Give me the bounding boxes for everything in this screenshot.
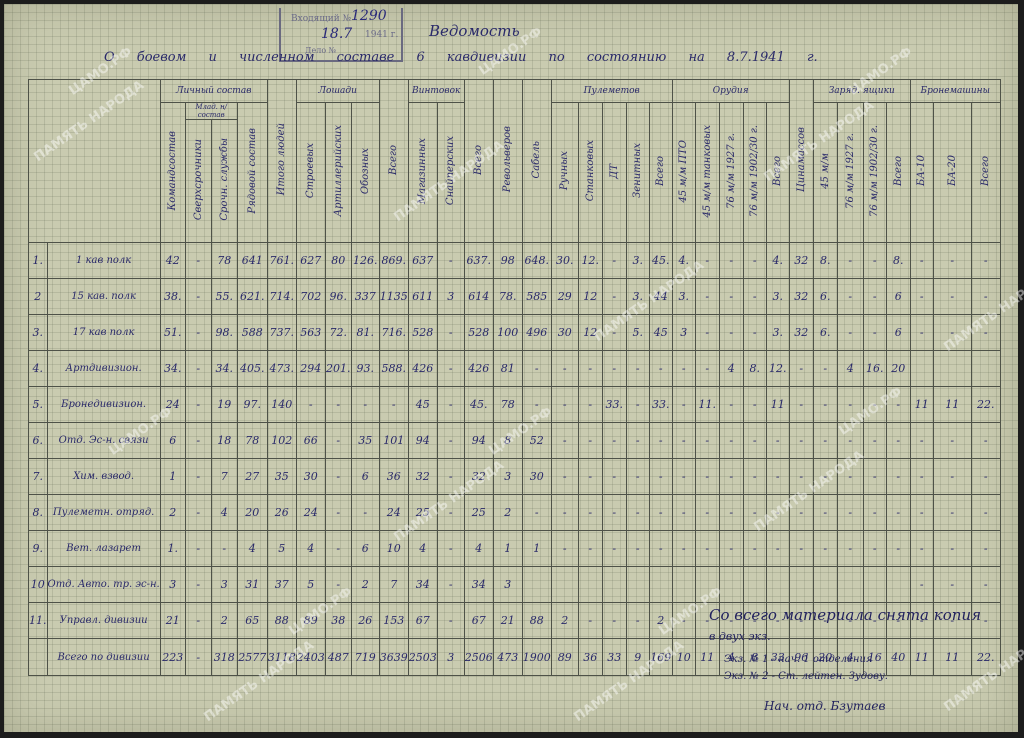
table-cell: - <box>578 531 602 567</box>
table-cell: - <box>626 423 649 459</box>
table-cell: 614 <box>464 279 493 315</box>
table-cell: 34 <box>408 567 437 603</box>
row-index: 1. <box>29 243 48 279</box>
table-cell: - <box>863 243 886 279</box>
table-cell: - <box>933 459 971 495</box>
table-cell: - <box>185 351 211 387</box>
table-cell: - <box>743 423 766 459</box>
table-cell: - <box>672 531 695 567</box>
table-cell: 9 <box>626 639 649 676</box>
table-cell: 2403 <box>296 639 325 676</box>
table-cell: 89 <box>296 603 325 639</box>
table-cell: 2 <box>493 495 522 531</box>
table-row: 8.Пулеметн. отряд.2-4202624--2425-252---… <box>29 495 1001 531</box>
table-cell: - <box>886 459 910 495</box>
table-cell: 33. <box>649 387 672 423</box>
table-cell: 10 <box>672 639 695 676</box>
table-cell: 33 <box>602 639 626 676</box>
table-cell: - <box>602 315 626 351</box>
table-cell: - <box>551 351 578 387</box>
table-cell: - <box>695 423 719 459</box>
table-row: 6.Отд. Эс-н. связи6-187810266-3510194-94… <box>29 423 1001 459</box>
table-cell: - <box>185 531 211 567</box>
table-cell: 11 <box>933 387 971 423</box>
table-cell: 6 <box>160 423 185 459</box>
table-cell: 40 <box>886 639 910 676</box>
table-cell: 528 <box>408 315 437 351</box>
table-cell: - <box>211 531 237 567</box>
table-cell: 38. <box>160 279 185 315</box>
table-cell <box>695 567 719 603</box>
unit-name: Хим. взвод. <box>47 459 160 495</box>
unit-header <box>29 80 161 243</box>
table-cell: - <box>719 387 743 423</box>
table-cell: 32 <box>789 315 813 351</box>
table-cell: - <box>578 603 602 639</box>
table-cell: - <box>578 495 602 531</box>
table-cell: 4 <box>296 531 325 567</box>
table-cell: - <box>863 459 886 495</box>
table-cell: 2 <box>351 567 379 603</box>
table-cell: 3. <box>766 315 789 351</box>
col-header: 45 м/м ПТО <box>672 103 695 243</box>
table-cell: 627 <box>296 243 325 279</box>
table-cell: 10 <box>379 531 408 567</box>
table-cell: 3. <box>766 279 789 315</box>
table-cell: 36 <box>379 459 408 495</box>
table-cell: 6. <box>813 315 837 351</box>
col-header: Зенитных <box>626 103 649 243</box>
table-cell: - <box>743 531 766 567</box>
table-cell: 22. <box>971 387 1000 423</box>
table-cell: - <box>837 531 863 567</box>
table-cell: 30. <box>551 243 578 279</box>
table-cell: - <box>766 459 789 495</box>
stamp-number: 1290 <box>351 8 387 24</box>
table-cell: - <box>863 387 886 423</box>
table-cell: 1135 <box>379 279 408 315</box>
stamp-label: Входящий № <box>291 14 351 24</box>
table-cell: 35 <box>267 459 296 495</box>
table-cell: 6. <box>813 279 837 315</box>
table-cell: 45 <box>408 387 437 423</box>
table-cell: - <box>719 495 743 531</box>
table-cell: - <box>649 495 672 531</box>
table-cell: 34. <box>160 351 185 387</box>
document-sheet: Входящий № 1290 18.7 1941 г. Дело № Ведо… <box>4 4 1018 732</box>
table-cell: 621. <box>237 279 267 315</box>
table-row: 215 кав. полк38.-55.621.714.70296.337113… <box>29 279 1001 315</box>
table-cell: - <box>602 459 626 495</box>
table-cell: - <box>886 423 910 459</box>
table-cell: - <box>379 387 408 423</box>
table-cell: 98. <box>211 315 237 351</box>
table-cell: 32 <box>408 459 437 495</box>
table-cell: 153 <box>379 603 408 639</box>
table-cell: - <box>437 423 464 459</box>
col-header: Сабель <box>522 80 551 243</box>
table-cell: - <box>813 423 837 459</box>
table-cell <box>672 567 695 603</box>
table-cell: - <box>837 423 863 459</box>
table-cell: - <box>719 531 743 567</box>
table-cell: - <box>933 423 971 459</box>
table-cell: - <box>837 459 863 495</box>
unit-name: Отд. Эс-н. связи <box>47 423 160 459</box>
table-cell: 88 <box>267 603 296 639</box>
unit-name: 15 кав. полк <box>47 279 160 315</box>
table-cell: 8. <box>886 243 910 279</box>
table-cell <box>933 351 971 387</box>
table-cell: - <box>437 459 464 495</box>
table-cell: 35 <box>351 423 379 459</box>
table-row: 7.Хим. взвод.1-7273530-63632-32330------… <box>29 459 1001 495</box>
table-cell: - <box>325 495 351 531</box>
table-cell: 2506 <box>464 639 493 676</box>
table-cell: 2 <box>211 603 237 639</box>
table-cell: 67 <box>408 603 437 639</box>
table-cell: 22. <box>971 639 1000 676</box>
table-cell: - <box>185 387 211 423</box>
col-header: 76 м/м 1927 г. <box>837 103 863 243</box>
table-cell: - <box>971 423 1000 459</box>
table-cell: 1 <box>493 531 522 567</box>
row-index: 6. <box>29 423 48 459</box>
group-guns: Орудия <box>672 80 789 103</box>
group-rifles: Винтовок <box>408 80 464 103</box>
table-cell: 426 <box>408 351 437 387</box>
table-cell: - <box>971 279 1000 315</box>
table-cell: - <box>743 315 766 351</box>
table-cell: 1900 <box>522 639 551 676</box>
unit-name: Бронедивизион. <box>47 387 160 423</box>
table-cell: 66 <box>296 423 325 459</box>
table-cell: - <box>185 603 211 639</box>
table-cell: - <box>578 423 602 459</box>
table-cell: 637. <box>464 243 493 279</box>
table-cell: 88 <box>522 603 551 639</box>
table-cell: - <box>325 567 351 603</box>
unit-name: 17 кав полк <box>47 315 160 351</box>
table-cell: 201. <box>325 351 351 387</box>
table-cell <box>551 567 578 603</box>
table-cell <box>522 567 551 603</box>
table-cell: - <box>551 459 578 495</box>
table-cell: - <box>789 495 813 531</box>
table-cell: 716. <box>379 315 408 351</box>
table-cell: - <box>910 567 933 603</box>
strength-table: Личный состав Итого людей Лошади Всего В… <box>28 79 1001 676</box>
table-cell: 4 <box>237 531 267 567</box>
group-junior-nco: Млад. н/состав <box>185 103 237 120</box>
table-cell: 36 <box>578 639 602 676</box>
table-cell: - <box>719 459 743 495</box>
table-cell: - <box>933 315 971 351</box>
unit-name: Артдивизион. <box>47 351 160 387</box>
table-cell: - <box>296 387 325 423</box>
table-cell: - <box>910 531 933 567</box>
table-cell: - <box>789 351 813 387</box>
table-cell: - <box>437 603 464 639</box>
table-cell: 24 <box>160 387 185 423</box>
table-cell: 1 <box>522 531 551 567</box>
table-cell: - <box>910 495 933 531</box>
table-cell: - <box>325 459 351 495</box>
col-header: ДТ <box>602 103 626 243</box>
table-cell: 487 <box>325 639 351 676</box>
table-cell: 737. <box>267 315 296 351</box>
table-cell: 4 <box>837 351 863 387</box>
col-header: 76 м/м 1902/30 г. <box>863 103 886 243</box>
table-cell: 5 <box>296 567 325 603</box>
table-cell <box>743 567 766 603</box>
table-cell: - <box>971 567 1000 603</box>
group-armored-cars: Бронемашины <box>910 80 1000 103</box>
table-cell: - <box>626 459 649 495</box>
table-cell: 4 <box>211 495 237 531</box>
table-cell: - <box>719 243 743 279</box>
table-cell: 12 <box>578 315 602 351</box>
table-cell: 12 <box>578 279 602 315</box>
row-index: 3. <box>29 315 48 351</box>
table-cell: - <box>863 423 886 459</box>
table-cell: - <box>813 495 837 531</box>
unit-name: Вет. лазарет <box>47 531 160 567</box>
table-cell: - <box>933 495 971 531</box>
unit-name: Отд. Авто. тр. эс-н. <box>47 567 160 603</box>
table-cell: 405. <box>237 351 267 387</box>
table-cell: - <box>185 639 211 676</box>
table-cell: 7 <box>379 567 408 603</box>
table-cell: 24 <box>379 495 408 531</box>
table-cell: 318 <box>211 639 237 676</box>
table-cell: 45 <box>649 315 672 351</box>
col-header: Всего <box>766 103 789 243</box>
col-header: Цинамассов <box>789 80 813 243</box>
row-index: 4. <box>29 351 48 387</box>
table-cell: - <box>602 603 626 639</box>
table-cell: - <box>185 567 211 603</box>
table-cell <box>813 567 837 603</box>
table-cell: 11 <box>910 639 933 676</box>
table-cell: 80 <box>325 243 351 279</box>
table-cell: 97. <box>237 387 267 423</box>
table-cell: 4 <box>719 351 743 387</box>
group-personnel: Личный состав <box>160 80 267 103</box>
table-cell: - <box>695 495 719 531</box>
table-cell: - <box>626 603 649 639</box>
table-cell: 98 <box>493 243 522 279</box>
table-cell: 223 <box>160 639 185 676</box>
table-cell: - <box>437 243 464 279</box>
table-cell: - <box>578 351 602 387</box>
col-header: Всего <box>464 80 493 243</box>
col-header: 45 м/м <box>813 103 837 243</box>
table-cell: 294 <box>296 351 325 387</box>
table-cell: 2503 <box>408 639 437 676</box>
col-header: 76 м/м 1902/30 г. <box>743 103 766 243</box>
table-cell: - <box>551 531 578 567</box>
table-cell: 637 <box>408 243 437 279</box>
table-cell: - <box>813 531 837 567</box>
table-cell: - <box>743 279 766 315</box>
col-header: Сверхсрочники <box>185 120 211 243</box>
table-cell: 32 <box>789 279 813 315</box>
table-cell: 24 <box>296 495 325 531</box>
row-index: 5. <box>29 387 48 423</box>
table-cell: - <box>886 531 910 567</box>
table-cell: 6 <box>351 459 379 495</box>
table-cell: - <box>185 459 211 495</box>
col-header: Снайперских <box>437 103 464 243</box>
table-cell: 869. <box>379 243 408 279</box>
table-cell: 2577 <box>237 639 267 676</box>
table-cell: - <box>813 387 837 423</box>
col-header: Артиллерийских <box>325 103 351 243</box>
table-cell: - <box>837 279 863 315</box>
table-cell <box>789 567 813 603</box>
table-cell: 6 <box>886 315 910 351</box>
table-cell: 337 <box>351 279 379 315</box>
table-cell <box>649 567 672 603</box>
table-cell: 2 <box>649 603 672 639</box>
table-cell: - <box>766 423 789 459</box>
table-cell: - <box>437 315 464 351</box>
table-cell: 588 <box>237 315 267 351</box>
table-cell: - <box>743 243 766 279</box>
table-cell: 3118 <box>267 639 296 676</box>
table-cell: - <box>910 459 933 495</box>
table-cell: - <box>437 531 464 567</box>
table-cell: 611 <box>408 279 437 315</box>
table-cell: 52 <box>522 423 551 459</box>
table-cell: - <box>933 531 971 567</box>
unit-name: Пулеметн. отряд. <box>47 495 160 531</box>
table-cell: 8. <box>813 243 837 279</box>
table-cell: 6 <box>886 279 910 315</box>
table-cell: - <box>437 387 464 423</box>
table-cell: - <box>933 243 971 279</box>
table-cell: - <box>672 459 695 495</box>
table-cell: - <box>910 243 933 279</box>
table-cell: 3. <box>626 279 649 315</box>
table-cell: 26 <box>267 495 296 531</box>
group-machine-guns: Пулеметов <box>551 80 672 103</box>
table-cell: - <box>971 495 1000 531</box>
group-ammo-boxes: Заряд. ящики <box>813 80 910 103</box>
table-cell: 27 <box>237 459 267 495</box>
unit-name: Управл. дивизии <box>47 603 160 639</box>
note-copy-line2: в двух экз. <box>709 630 771 643</box>
table-cell: 30 <box>296 459 325 495</box>
table-cell: - <box>886 387 910 423</box>
unit-name: 1 кав полк <box>47 243 160 279</box>
col-header: Командсостав <box>160 103 185 243</box>
table-cell: 641 <box>237 243 267 279</box>
table-cell: 3 <box>493 567 522 603</box>
table-cell: - <box>789 423 813 459</box>
table-cell: 12. <box>578 243 602 279</box>
table-cell: - <box>837 387 863 423</box>
table-cell <box>578 567 602 603</box>
table-cell: 72. <box>325 315 351 351</box>
table-cell: - <box>578 387 602 423</box>
col-header: Магазинных <box>408 103 437 243</box>
table-cell: - <box>971 315 1000 351</box>
table-cell: - <box>789 531 813 567</box>
table-cell: - <box>522 495 551 531</box>
table-cell: 89 <box>551 639 578 676</box>
col-header: БА-10 <box>910 103 933 243</box>
table-cell: 78 <box>211 243 237 279</box>
table-cell: 12. <box>766 351 789 387</box>
table-cell: - <box>351 387 379 423</box>
table-cell: 81 <box>493 351 522 387</box>
table-cell: - <box>602 423 626 459</box>
table-cell: 32 <box>464 459 493 495</box>
table-cell: 21 <box>493 603 522 639</box>
note-copy2: Экз. № 2 - Ст. лейтен. Зудову. <box>724 671 888 682</box>
table-cell: 34 <box>464 567 493 603</box>
table-cell: - <box>789 459 813 495</box>
table-cell: 8. <box>743 351 766 387</box>
table-cell: - <box>602 495 626 531</box>
table-cell: 1. <box>160 531 185 567</box>
col-header: Срочн. службы <box>211 120 237 243</box>
table-cell: 585 <box>522 279 551 315</box>
table-cell <box>886 567 910 603</box>
table-cell: 3639 <box>379 639 408 676</box>
table-cell: 11 <box>766 387 789 423</box>
table-cell: 5. <box>626 315 649 351</box>
table-cell: 3. <box>626 243 649 279</box>
table-cell: - <box>649 423 672 459</box>
table-cell: 65 <box>237 603 267 639</box>
table-cell: 20 <box>886 351 910 387</box>
table-cell <box>837 567 863 603</box>
table-cell: 29 <box>551 279 578 315</box>
table-cell: - <box>185 243 211 279</box>
row-index: 2 <box>29 279 48 315</box>
table-cell: 26 <box>351 603 379 639</box>
signature: Нач. отд. Бзутаев <box>764 699 886 713</box>
col-header: Станковых <box>578 103 602 243</box>
col-header: Строевых <box>296 103 325 243</box>
table-cell: 20 <box>237 495 267 531</box>
table-cell: 2 <box>551 603 578 639</box>
table-cell: - <box>185 423 211 459</box>
table-cell: - <box>437 567 464 603</box>
col-header: Ручных <box>551 103 578 243</box>
table-cell: - <box>910 279 933 315</box>
table-cell: - <box>863 531 886 567</box>
table-cell: 11 <box>695 639 719 676</box>
table-cell: 78 <box>493 387 522 423</box>
table-cell: 19 <box>211 387 237 423</box>
table-cell: - <box>578 459 602 495</box>
table-cell: 3 <box>437 279 464 315</box>
table-cell: - <box>813 351 837 387</box>
table-cell: - <box>743 495 766 531</box>
table-cell: 25 <box>464 495 493 531</box>
col-header: Револьверов <box>493 80 522 243</box>
table-cell: - <box>185 495 211 531</box>
table-row: 1.1 кав полк42-78641761.62780126.869.637… <box>29 243 1001 279</box>
table-cell: 16. <box>863 351 886 387</box>
table-cell: 37 <box>267 567 296 603</box>
table-cell: - <box>971 459 1000 495</box>
table-cell: - <box>837 315 863 351</box>
